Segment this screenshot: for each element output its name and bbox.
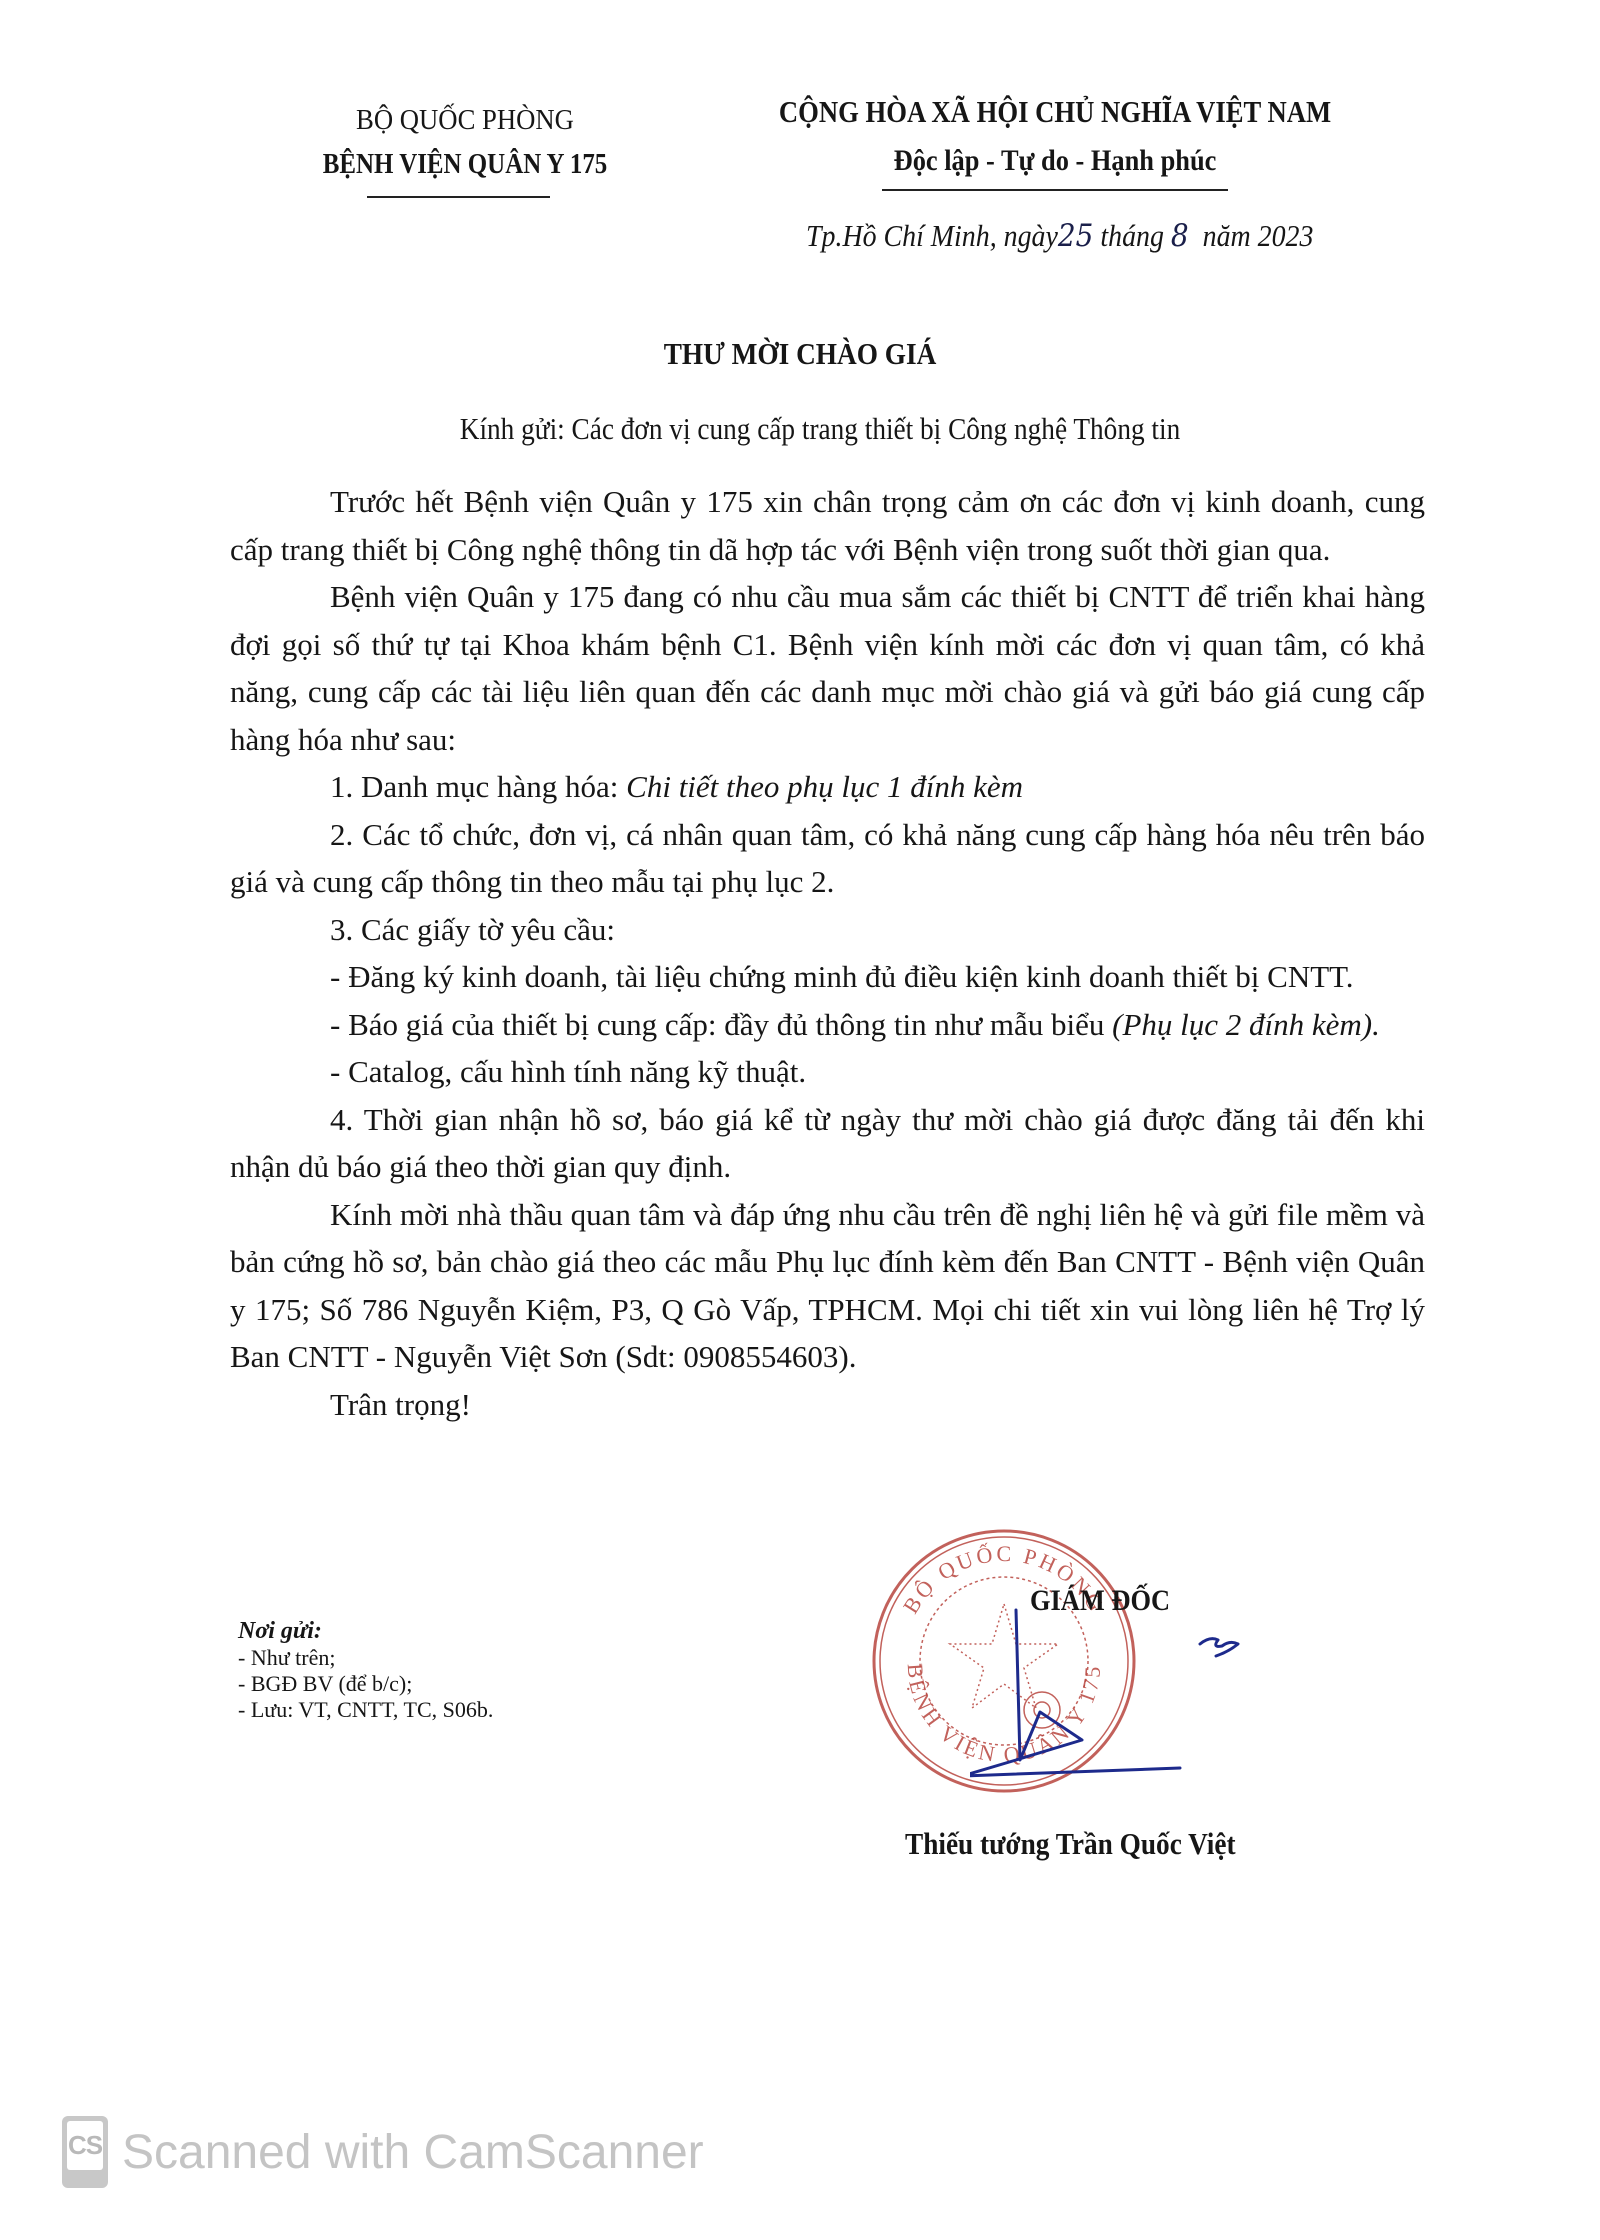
ministry-name: BỘ QUỐC PHÒNG [249,104,681,137]
camscanner-logo-icon: CS [62,2116,108,2188]
camscanner-watermark: CS Scanned with CamScanner [62,2116,704,2188]
handwritten-signature-icon [970,1600,1290,1840]
salutation: Kính gửi: Các đơn vị cung cấp trang thiế… [98,411,1541,447]
document-date: Tp.Hồ Chí Minh, ngày25 tháng 8 năm 2023 [806,218,1313,254]
document-title: THƯ MỜI CHÀO GIÁ [96,336,1504,372]
letter-body: Trước hết Bệnh viện Quân y 175 xin chân … [230,478,1425,1428]
date-month-label: tháng [1100,218,1164,253]
recipient-line: - BGĐ BV (để b/c); [238,1671,493,1697]
paragraph-need: Bệnh viện Quân y 175 đang có nhu cầu mua… [230,573,1425,763]
recipients-block: Nơi gửi: - Như trên; - BGĐ BV (để b/c); … [238,1618,493,1723]
requirement-2: - Báo giá của thiết bị cung cấp: đầy đủ … [230,1001,1425,1049]
item-1: 1. Danh mục hàng hóa: Chi tiết theo phụ … [230,763,1425,811]
nation-title: CỘNG HÒA XÃ HỘI CHỦ NGHĨA VIỆT NAM [741,94,1369,130]
recipient-line: - Lưu: VT, CNTT, TC, S06b. [238,1697,493,1723]
signatory-name: Thiếu tướng Trần Quốc Việt [905,1826,1236,1862]
nation-motto: Độc lập - Tự do - Hạnh phúc [734,144,1376,178]
item-4: 4. Thời gian nhận hồ sơ, báo giá kể từ n… [230,1096,1425,1191]
paragraph-intro: Trước hết Bệnh viện Quân y 175 xin chân … [230,478,1425,573]
item-2: 2. Các tổ chức, đơn vị, cá nhân quan tâm… [230,811,1425,906]
requirement-1: - Đăng ký kinh doanh, tài liệu chứng min… [230,953,1425,1001]
date-place: Tp.Hồ Chí Minh, ngày [806,218,1058,253]
recipients-heading: Nơi gửi: [238,1618,493,1645]
date-day-handwritten: 25 [1058,218,1094,254]
requirement-2-ref: (Phụ lục 2 đính kèm). [1112,1007,1380,1042]
recipient-line: - Như trên; [238,1645,493,1671]
closing: Trân trọng! [230,1381,1425,1429]
date-month-handwritten: 8 [1171,218,1189,254]
watermark-text: Scanned with CamScanner [122,2125,704,2180]
date-year: năm 2023 [1203,218,1314,253]
header-left-divider [367,196,550,198]
item-1-detail: Chi tiết theo phụ lục 1 đính kèm [626,769,1023,804]
requirement-3: - Catalog, cấu hình tính năng kỹ thuật. [230,1048,1425,1096]
item-3: 3. Các giấy tờ yêu cầu: [230,906,1425,954]
hospital-name: BỆNH VIỆN QUÂN Y 175 [263,148,667,181]
paragraph-contact: Kính mời nhà thầu quan tâm và đáp ứng nh… [230,1191,1425,1381]
header-right-divider [882,189,1228,191]
